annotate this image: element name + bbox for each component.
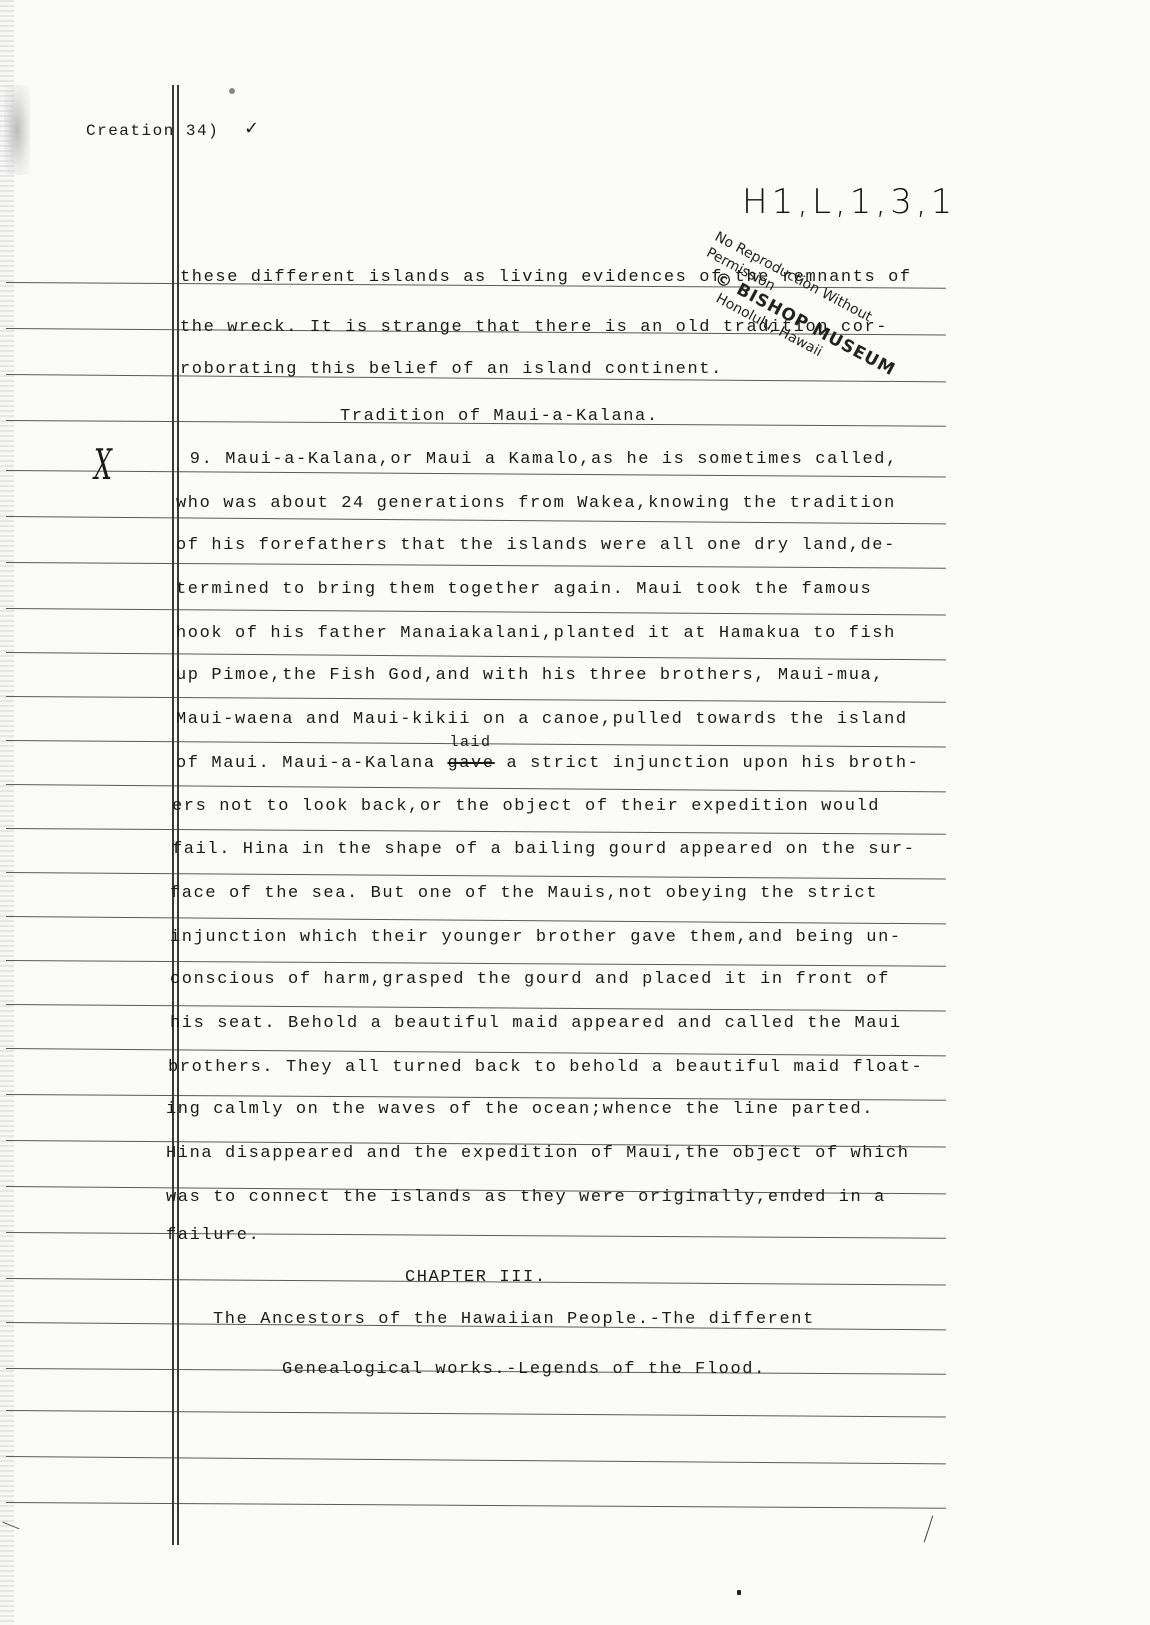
paragraph-line: face of the sea. But one of the Mauis,no…	[170, 884, 878, 904]
ruled-line	[6, 828, 946, 835]
page-header-label: Creation 34)	[86, 122, 219, 140]
text-line: the wreck. It is strange that there is a…	[180, 318, 888, 338]
line-segment: of Maui. Maui-a-Kalana	[176, 754, 447, 773]
paragraph-line: ers not to look back,or the object of th…	[172, 797, 880, 817]
ruled-line	[6, 1048, 946, 1056]
pencil-tick-mark	[924, 1516, 934, 1543]
paragraph-line: Hina disappeared and the expedition of M…	[166, 1144, 910, 1164]
ruled-line	[6, 784, 946, 792]
text-line: roborating this belief of an island cont…	[180, 360, 723, 380]
catalog-number-handwritten: H1,L,1,3,1	[742, 182, 956, 222]
ink-speck	[737, 1590, 741, 1595]
chapter-subtitle-line: The Ancestors of the Hawaiian People.-Th…	[213, 1310, 815, 1330]
paragraph-line: Maui-waena and Maui-kikii on a canoe,pul…	[176, 710, 908, 730]
paragraph-line: failure.	[166, 1226, 260, 1246]
scan-edge	[0, 0, 14, 1625]
paragraph-line: brothers. They all turned back to behold…	[168, 1058, 923, 1078]
ruled-line	[6, 696, 946, 703]
paragraph-line: 9. Maui-a-Kalana,or Maui a Kamalo,as he …	[178, 450, 898, 470]
paragraph-line: up Pimoe,the Fish God,and with his three…	[176, 666, 884, 686]
paragraph-line: fail. Hina in the shape of a bailing gou…	[172, 840, 916, 860]
document-page: Creation 34) ✓ H1,L,1,3,1 No Reproductio…	[0, 0, 1150, 1625]
ruled-line	[6, 470, 946, 478]
ruled-line	[6, 960, 946, 967]
checkmark-icon: ✓	[244, 118, 259, 139]
ruled-line	[6, 1004, 946, 1012]
paragraph-line: of Maui. Maui-a-Kalana gave a strict inj…	[176, 754, 920, 774]
paragraph-line: injunction which their younger brother g…	[170, 928, 902, 948]
line-segment: a strict injunction upon his broth-	[495, 754, 920, 773]
museum-stamp: No Reproduction Without Permission © BIS…	[686, 228, 932, 404]
ruled-line	[6, 516, 946, 524]
ruled-line	[6, 652, 946, 660]
paragraph-line: who was about 24 generations from Wakea,…	[176, 494, 896, 514]
paragraph-line: of his forefathers that the islands were…	[176, 536, 896, 556]
ruled-line	[6, 872, 946, 880]
chapter-heading: CHAPTER III.	[405, 1268, 547, 1288]
struck-word: gave	[447, 754, 494, 773]
scan-smudge	[4, 85, 30, 175]
text-line: these different islands as living eviden…	[180, 268, 912, 288]
paragraph-line: was to connect the islands as they were …	[166, 1188, 886, 1208]
section-heading: Tradition of Maui-a-Kalana.	[340, 407, 659, 427]
ruled-line	[6, 916, 946, 924]
inserted-correction: laid	[449, 734, 491, 751]
margin-x-mark-icon: X	[94, 440, 112, 489]
ruled-line	[6, 1232, 946, 1239]
paragraph-line: conscious of harm,grasped the gourd and …	[170, 970, 890, 990]
paragraph-line: his seat. Behold a beautiful maid appear…	[170, 1014, 902, 1034]
paragraph-line: ing calmly on the waves of the ocean;whe…	[166, 1100, 874, 1120]
ruled-line	[6, 562, 946, 569]
paragraph-line: hook of his father Manaiakalani,planted …	[176, 624, 896, 644]
ruled-line	[6, 1502, 946, 1509]
ruled-line	[6, 1410, 946, 1418]
ruled-line	[6, 1456, 946, 1464]
ink-speck	[229, 88, 235, 94]
chapter-subtitle-line: Genealogical works.-Legends of the Flood…	[282, 1360, 766, 1380]
ruled-line	[6, 608, 946, 616]
paragraph-line: termined to bring them together again. M…	[176, 580, 872, 600]
